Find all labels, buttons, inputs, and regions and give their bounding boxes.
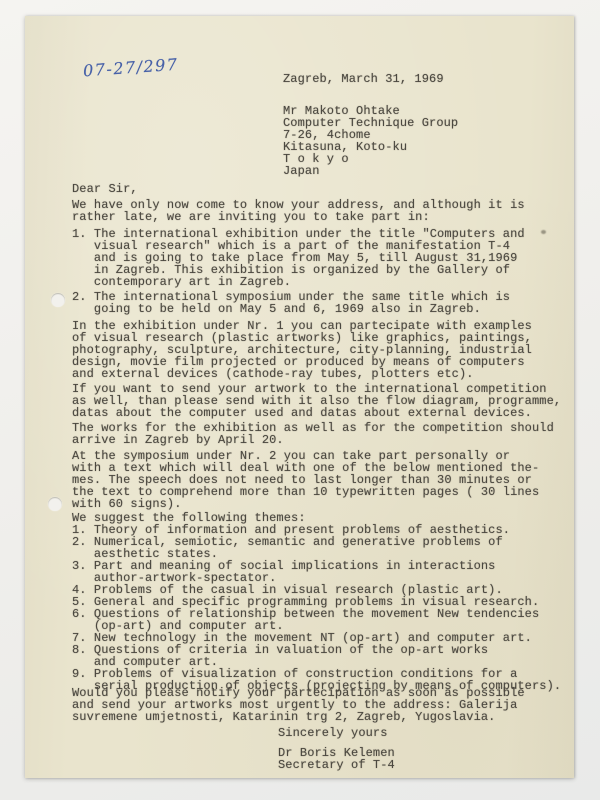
handwritten-ref-number: 07-27/297	[82, 55, 179, 81]
paragraph-notify: Would you please notify your partecipati…	[72, 687, 525, 723]
closing: Sincerely yours	[278, 727, 388, 739]
themes-list: We suggest the following themes: 1. Theo…	[72, 512, 561, 692]
signature-block: Dr Boris Kelemen Secretary of T-4	[278, 747, 395, 771]
paragraph-symposium-details: At the symposium under Nr. 2 you can tak…	[72, 450, 539, 510]
ink-smudge	[541, 230, 546, 234]
paragraph-deadline: The works for the exhibition as well as …	[72, 422, 554, 446]
paragraph-exhibition-details: In the exhibition under Nr. 1 you can pa…	[72, 320, 532, 380]
punch-hole-bottom	[48, 497, 62, 511]
salutation: Dear Sir,	[72, 183, 138, 195]
list-item-exhibition: 1. The international exhibition under th…	[72, 228, 525, 288]
paragraph-competition: If you want to send your artwork to the …	[72, 383, 561, 419]
paragraph-intro: We have only now come to know your addre…	[72, 199, 525, 223]
scan-background: { "annotation": { "ref_number": "07-27/2…	[0, 0, 600, 800]
punch-hole-top	[51, 293, 65, 307]
list-item-symposium: 2. The international symposium under the…	[72, 291, 510, 315]
recipient-address: Mr Makoto Ohtake Computer Technique Grou…	[283, 105, 458, 177]
dateline: Zagreb, March 31, 1969	[283, 73, 444, 85]
letter-paper: 07-27/297 Zagreb, March 31, 1969 Mr Mako…	[25, 16, 574, 778]
